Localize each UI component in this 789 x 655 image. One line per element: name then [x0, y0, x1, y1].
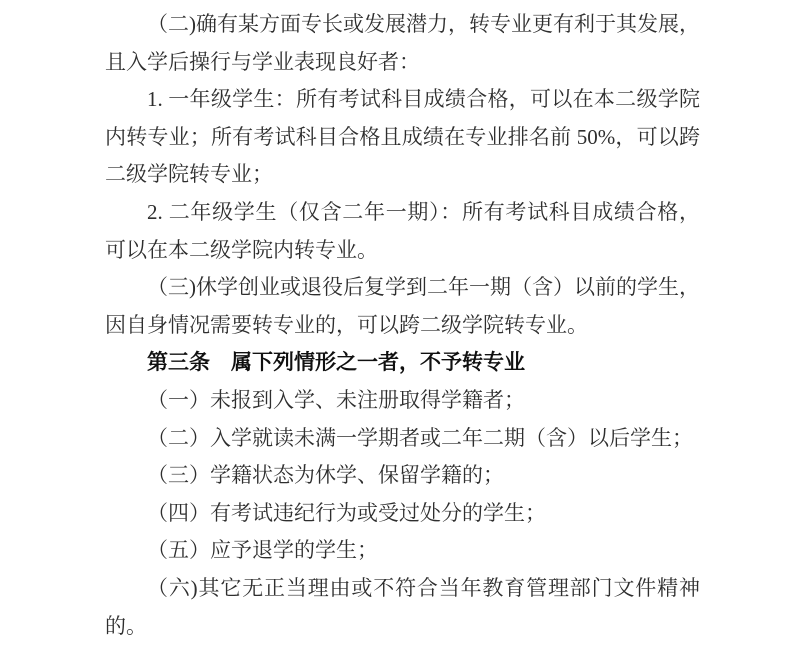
paragraph-no-transfer-1: （一）未报到入学、未注册取得学籍者；	[105, 382, 700, 420]
paragraph-grade1-rule: 1. 一年级学生：所有考试科目成绩合格，可以在本二级学院内转专业；所有考试科目合…	[105, 81, 700, 194]
paragraph-no-transfer-6: （六)其它无正当理由或不符合当年教育管理部门文件精神的。	[105, 570, 700, 645]
document-page: （二)确有某方面专长或发展潜力，转专业更有利于其发展，且入学后操行与学业表现良好…	[0, 0, 789, 655]
paragraph-no-transfer-2: （二）入学就读未满一学期者或二年二期（含）以后学生；	[105, 420, 700, 458]
paragraph-no-transfer-3: （三）学籍状态为休学、保留学籍的；	[105, 457, 700, 495]
document-viewport: { "page": { "background_color": "#ffffff…	[0, 0, 789, 655]
paragraph-no-transfer-4: （四）有考试违纪行为或受过处分的学生；	[105, 495, 700, 533]
paragraph-grade2-rule: 2. 二年级学生（仅含二年一期）：所有考试科目成绩合格，可以在本二级学院内转专业…	[105, 194, 700, 269]
paragraph-condition-2: （二)确有某方面专长或发展潜力，转专业更有利于其发展，且入学后操行与学业表现良好…	[105, 6, 700, 81]
paragraph-no-transfer-5: （五）应予退学的学生；	[105, 532, 700, 570]
article-3-heading: 第三条 属下列情形之一者，不予转专业	[105, 344, 700, 382]
paragraph-condition-3: （三)休学创业或退役后复学到二年一期（含）以前的学生，因自身情况需要转专业的，可…	[105, 269, 700, 344]
